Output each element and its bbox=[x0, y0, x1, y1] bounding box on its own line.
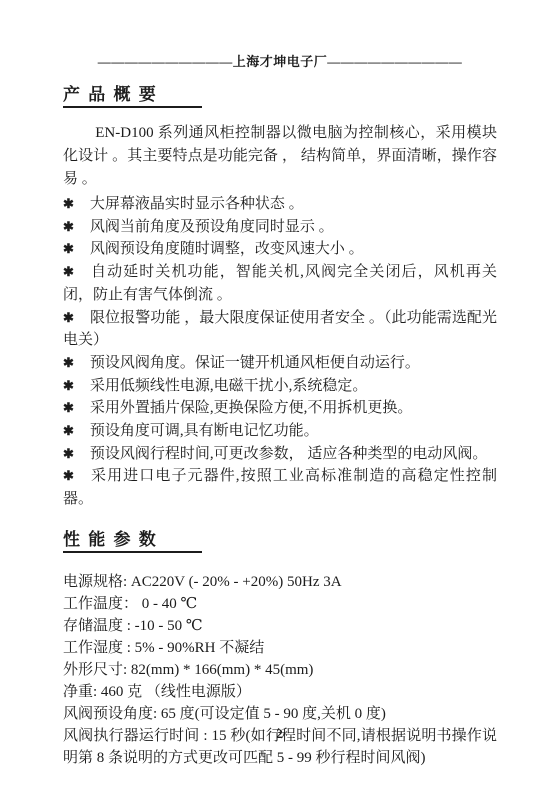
asterisk-bullet-icon: ✱ bbox=[63, 446, 90, 461]
feature-list: ✱大屏幕液晶实时显示各种状态 。 ✱风阀当前角度及预设角度同时显示 。 ✱风阀预… bbox=[63, 193, 497, 511]
page-number: 2 bbox=[0, 726, 559, 742]
list-item: ✱预设风阀行程时间,可更改参数， 适应各种类型的电动风阀。 bbox=[63, 443, 497, 466]
company-header: ——————————上海才坤电子厂—————————— bbox=[63, 54, 497, 70]
document-page: ——————————上海才坤电子厂—————————— 产 品 概 要 EN-D… bbox=[0, 0, 559, 794]
asterisk-bullet-icon: ✱ bbox=[63, 219, 90, 234]
list-item-text: 自动延时关机功能，智能关机,风阀完全关闭后，风机再关闭，防止有害气体倒流 。 bbox=[63, 264, 497, 303]
spec-row-storage-temp: 存储温度 : -10 - 50 ℃ bbox=[63, 615, 497, 637]
spec-row-net-weight: 净重: 460 克 （线性电源版） bbox=[63, 681, 497, 703]
asterisk-bullet-icon: ✱ bbox=[63, 196, 90, 211]
asterisk-bullet-icon: ✱ bbox=[63, 241, 90, 256]
list-item-text: 采用外置插片保险,更换保险方便,不用拆机更换。 bbox=[90, 400, 413, 416]
section-title-text: 产 品 概 要 bbox=[63, 85, 202, 108]
list-item: ✱风阀当前角度及预设角度同时显示 。 bbox=[63, 216, 497, 239]
intro-paragraph: EN-D100 系列通风柜控制器以微电脑为控制核心，采用模块化设计 。其主要特点… bbox=[63, 122, 497, 191]
list-item: ✱大屏幕液晶实时显示各种状态 。 bbox=[63, 193, 497, 216]
spec-row-dimensions: 外形尺寸: 82(mm) * 166(mm) * 45(mm) bbox=[63, 659, 497, 681]
list-item: ✱采用进口电子元器件,按照工业高标准制造的高稳定性控制器。 bbox=[63, 465, 497, 510]
asterisk-bullet-icon: ✱ bbox=[63, 468, 90, 483]
asterisk-bullet-icon: ✱ bbox=[63, 400, 90, 415]
asterisk-bullet-icon: ✱ bbox=[63, 310, 90, 325]
list-item-text: 风阀当前角度及预设角度同时显示 。 bbox=[90, 219, 334, 235]
list-item-text: 预设风阀行程时间,可更改参数， 适应各种类型的电动风阀。 bbox=[90, 446, 488, 462]
asterisk-bullet-icon: ✱ bbox=[63, 355, 90, 370]
section-title-product-overview: 产 品 概 要 bbox=[63, 84, 497, 106]
list-item-text: 预设角度可调,具有断电记忆功能。 bbox=[90, 423, 319, 439]
asterisk-bullet-icon: ✱ bbox=[63, 423, 90, 438]
list-item: ✱风阀预设角度随时调整，改变风速大小 。 bbox=[63, 238, 497, 261]
list-item: ✱预设角度可调,具有断电记忆功能。 bbox=[63, 420, 497, 443]
list-item-text: 采用进口电子元器件,按照工业高标准制造的高稳定性控制器。 bbox=[63, 468, 497, 507]
list-item-text: 风阀预设角度随时调整，改变风速大小 。 bbox=[90, 241, 364, 257]
list-item: ✱采用低频线性电源,电磁干扰小,系统稳定。 bbox=[63, 375, 497, 398]
list-item: ✱预设风阀角度。保证一键开机通风柜便自动运行。 bbox=[63, 352, 497, 375]
list-item-text: 限位报警功能 ，最大限度保证使用者安全 。（此功能需选配光电关） bbox=[63, 310, 497, 349]
list-item-text: 预设风阀角度。保证一键开机通风柜便自动运行。 bbox=[90, 355, 420, 371]
list-item: ✱限位报警功能 ，最大限度保证使用者安全 。（此功能需选配光电关） bbox=[63, 307, 497, 352]
spec-row-power: 电源规格: AC220V (- 20% - +20%) 50Hz 3A bbox=[63, 571, 497, 593]
spec-row-operating-temp: 工作温度： 0 - 40 ℃ bbox=[63, 593, 497, 615]
section-title-text: 性 能 参 数 bbox=[63, 530, 202, 553]
list-item: ✱采用外置插片保险,更换保险方便,不用拆机更换。 bbox=[63, 397, 497, 420]
spec-row-preset-angle: 风阀预设角度: 65 度(可设定值 5 - 90 度,关机 0 度) bbox=[63, 703, 497, 725]
list-item-text: 大屏幕液晶实时显示各种状态 。 bbox=[90, 196, 304, 212]
spec-row-humidity: 工作湿度 : 5% - 90%RH 不凝结 bbox=[63, 637, 497, 659]
asterisk-bullet-icon: ✱ bbox=[63, 264, 90, 279]
list-item-text: 采用低频线性电源,电磁干扰小,系统稳定。 bbox=[90, 378, 368, 394]
section-title-performance-params: 性 能 参 数 bbox=[63, 529, 497, 551]
asterisk-bullet-icon: ✱ bbox=[63, 378, 90, 393]
list-item: ✱自动延时关机功能，智能关机,风阀完全关闭后，风机再关闭，防止有害气体倒流 。 bbox=[63, 261, 497, 306]
